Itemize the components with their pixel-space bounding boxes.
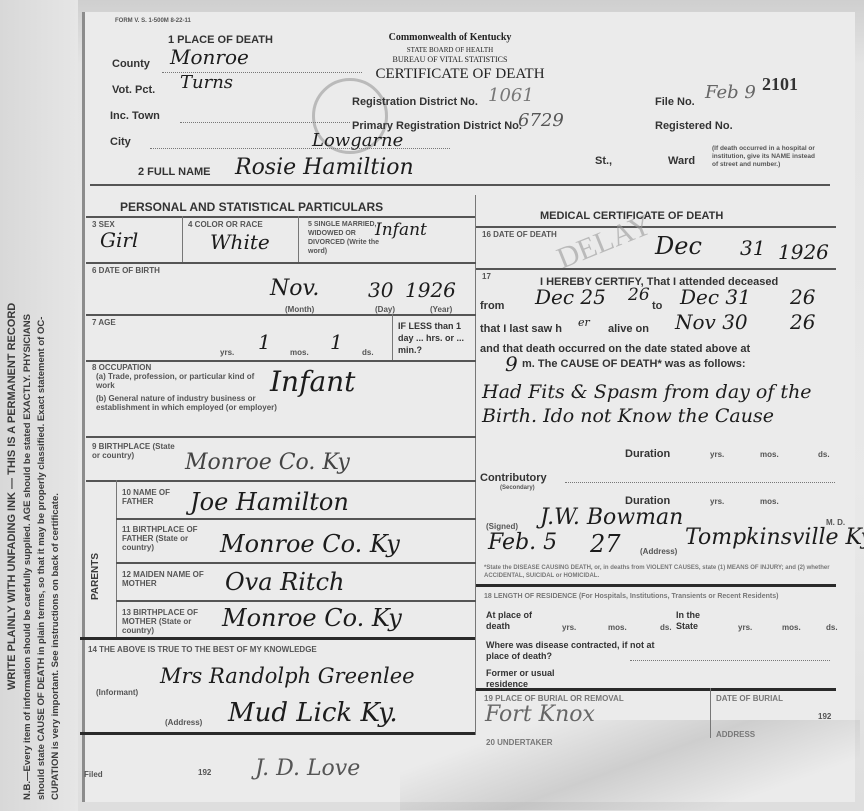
age-label: 7 AGE (92, 318, 116, 327)
vot-pct-value: Turns (180, 72, 233, 93)
from-year: 26 (628, 285, 650, 305)
divider (86, 216, 476, 218)
certify-number: 17 (482, 272, 491, 281)
father-value: Joe Hamilton (190, 488, 349, 516)
age-mos: mos. (290, 348, 309, 357)
father-birthplace-value: Monroe Co. Ky (220, 530, 400, 558)
divider (475, 195, 476, 735)
margin-line-1: WRITE PLAINLY WITH UNFADING INK — THIS I… (6, 303, 18, 690)
age-yrs: yrs. (220, 348, 234, 357)
birthplace-value: Monroe Co. Ky (185, 450, 350, 475)
contracted-line (630, 660, 830, 661)
dod-day: 31 (740, 236, 765, 260)
divider (476, 688, 836, 691)
divider (80, 637, 475, 640)
color-label: 4 COLOR OR RACE (188, 220, 263, 229)
full-name-label: 2 FULL NAME (138, 166, 211, 178)
signed-year: 27 (590, 530, 621, 558)
alive-on-value: Nov 30 (675, 310, 748, 334)
residence-label: 18 LENGTH OF RESIDENCE (For Hospitals, I… (484, 592, 834, 601)
from-label: from (480, 300, 504, 312)
in-state-label: In the State (676, 610, 716, 632)
file-no-label: File No. (655, 96, 695, 108)
st-label: St., (595, 155, 612, 167)
divider (86, 480, 476, 482)
signed-value: J.W. Bowman (540, 505, 683, 530)
last-saw-label: that I last saw h (480, 323, 562, 335)
mother-value: Ova Ritch (225, 568, 344, 596)
day-caption: (Day) (375, 305, 395, 314)
time-value: 9 (505, 352, 518, 376)
age-mos-value: 1 (258, 330, 271, 354)
cause-of-death-value: Had Fits & Spasm from day of the Birth. … (482, 380, 842, 428)
if-less-text: IF LESS than 1 day ... hrs. or ... min.? (398, 320, 472, 356)
sex-value: Girl (100, 228, 138, 252)
occupation-label: 8 OCCUPATION (92, 363, 151, 372)
in-state-yrs: yrs. (738, 623, 752, 632)
registrar-value: J. D. Love (255, 756, 360, 781)
divider (86, 262, 476, 264)
divider (116, 600, 476, 602)
informant-value: Mrs Randolph Greenlee (160, 664, 415, 688)
margin-line-4: CUPATION is very important. See instruct… (50, 493, 61, 800)
divider (476, 584, 836, 587)
burial-date-label: DATE OF BURIAL (716, 694, 783, 703)
personal-section-title: PERSONAL AND STATISTICAL PARTICULARS (120, 200, 383, 214)
secondary-label: (Secondary) (500, 485, 535, 491)
in-state-ds: ds. (826, 623, 838, 632)
divider (476, 268, 836, 270)
registered-no-label: Registered No. (655, 120, 733, 132)
color-value: White (210, 230, 270, 254)
file-no-stamp: 2101 (762, 74, 798, 95)
dod-label: 16 DATE OF DEATH (482, 230, 557, 239)
form-number: FORM V. S. 1-500M 8-22-11 (115, 18, 191, 24)
filed-year: 192 (198, 768, 211, 777)
in-state-mos: mos. (782, 623, 801, 632)
ward-label: Ward (668, 155, 695, 167)
duration-ds: ds. (818, 450, 830, 459)
contracted-label: Where was disease contracted, if not at … (486, 640, 676, 662)
divider (392, 314, 393, 360)
mother-birthplace-value: Monroe Co. Ky (222, 604, 402, 632)
signed-address-value: Tompkinsville Ky (685, 525, 864, 550)
dob-label: 6 DATE OF BIRTH (92, 266, 160, 275)
duration2-mos: mos. (760, 497, 779, 506)
board-title: STATE BOARD OF HEALTH (370, 46, 530, 54)
birthplace-label: 9 BIRTHPLACE (State or country) (92, 442, 182, 460)
at-place-ds: ds. (660, 623, 672, 632)
divider (298, 216, 299, 262)
occupation-value: Infant (270, 365, 355, 398)
dod-year: 1926 (778, 240, 829, 264)
alive-on-year: 26 (790, 310, 815, 334)
dod-month: Dec (655, 232, 702, 260)
at-place-mos: mos. (608, 623, 627, 632)
mother-birthplace-label: 13 BIRTHPLACE OF MOTHER (State or countr… (122, 608, 212, 635)
alive-on-label: alive on (608, 323, 649, 335)
dob-day: 30 (368, 278, 393, 302)
informant-address-label: (Address) (165, 718, 202, 727)
duration-label: Duration (625, 448, 670, 460)
footnote: *State the DISEASE CAUSING DEATH, or, in… (484, 564, 834, 580)
true-statement: 14 THE ABOVE IS TRUE TO THE BEST OF MY K… (88, 645, 317, 654)
signed-date: Feb. 5 (488, 530, 557, 555)
occurred-text: and that death occurred on the date stat… (480, 343, 750, 355)
duration-mos: mos. (760, 450, 779, 459)
duration2-yrs: yrs. (710, 497, 724, 506)
cause-intro: m. The CAUSE OF DEATH* was as follows: (522, 358, 746, 370)
to-label: to (652, 300, 662, 312)
vot-pct-label: Vot. Pct. (112, 84, 155, 96)
reg-district-value: 1061 (488, 85, 534, 106)
city-label: City (110, 136, 131, 148)
signed-address-label: (Address) (640, 547, 677, 556)
city-line (150, 148, 450, 149)
margin-line-2: N.B.—Every item of information should be… (22, 314, 33, 800)
margin-strip: WRITE PLAINLY WITH UNFADING INK — THIS I… (0, 0, 78, 811)
county-value: Monroe (170, 45, 249, 69)
divider (86, 360, 476, 362)
divider (90, 184, 830, 186)
last-saw-pronoun: er (578, 316, 590, 329)
filed-label: Filed (84, 770, 103, 779)
divider (182, 216, 183, 262)
mother-label: 12 MAIDEN NAME OF MOTHER (122, 570, 212, 588)
margin-line-3: should state CAUSE OF DEATH in plain ter… (36, 317, 47, 800)
divider (86, 436, 476, 438)
former-label: Former or usual residence (486, 668, 586, 690)
month-caption: (Month) (285, 305, 314, 314)
to-year: 26 (790, 285, 815, 309)
county-label: County (112, 58, 150, 70)
contributory-line (565, 482, 835, 483)
page-fold-shadow (400, 720, 860, 810)
informant-address-value: Mud Lick Ky. (228, 698, 398, 728)
divider (86, 314, 476, 316)
informant-label: (Informant) (96, 688, 138, 697)
father-birthplace-label: 11 BIRTHPLACE OF FATHER (State or countr… (122, 525, 212, 552)
primary-reg-label: Primary Registration District No. (352, 120, 522, 132)
file-no-value: Feb 9 (705, 82, 756, 103)
duration-yrs: yrs. (710, 450, 724, 459)
to-value: Dec 31 (680, 285, 751, 309)
commonwealth-title: Commonwealth of Kentucky (370, 32, 530, 43)
from-value: Dec 25 (535, 285, 606, 309)
certificate-title: CERTIFICATE OF DEATH (360, 66, 560, 83)
marital-value: Infant (375, 220, 427, 240)
divider (116, 518, 476, 520)
at-place-yrs: yrs. (562, 623, 576, 632)
age-ds: ds. (362, 348, 374, 357)
divider (116, 562, 476, 564)
reg-district-label: Registration District No. (352, 96, 478, 108)
dob-year: 1926 (405, 278, 456, 302)
bureau-title: BUREAU OF VITAL STATISTICS (370, 55, 530, 64)
dob-month: Nov. (270, 276, 319, 301)
occupation-b: (b) General nature of industry business … (96, 394, 286, 412)
divider (116, 480, 117, 640)
year-caption: (Year) (430, 305, 452, 314)
divider (476, 226, 836, 228)
contributory-label: Contributory (480, 472, 547, 484)
hospital-note: (If death occurred in a hospital or inst… (712, 145, 822, 169)
parents-label: PARENTS (90, 553, 101, 600)
at-place-label: At place of death (486, 610, 536, 632)
full-name-value: Rosie Hamiltion (235, 155, 414, 180)
occupation-a: (a) Trade, profession, or particular kin… (96, 372, 256, 390)
primary-reg-value: 6729 (518, 110, 564, 131)
inc-town-line (180, 122, 350, 123)
inc-town-label: Inc. Town (110, 110, 160, 122)
age-ds-value: 1 (330, 330, 343, 354)
